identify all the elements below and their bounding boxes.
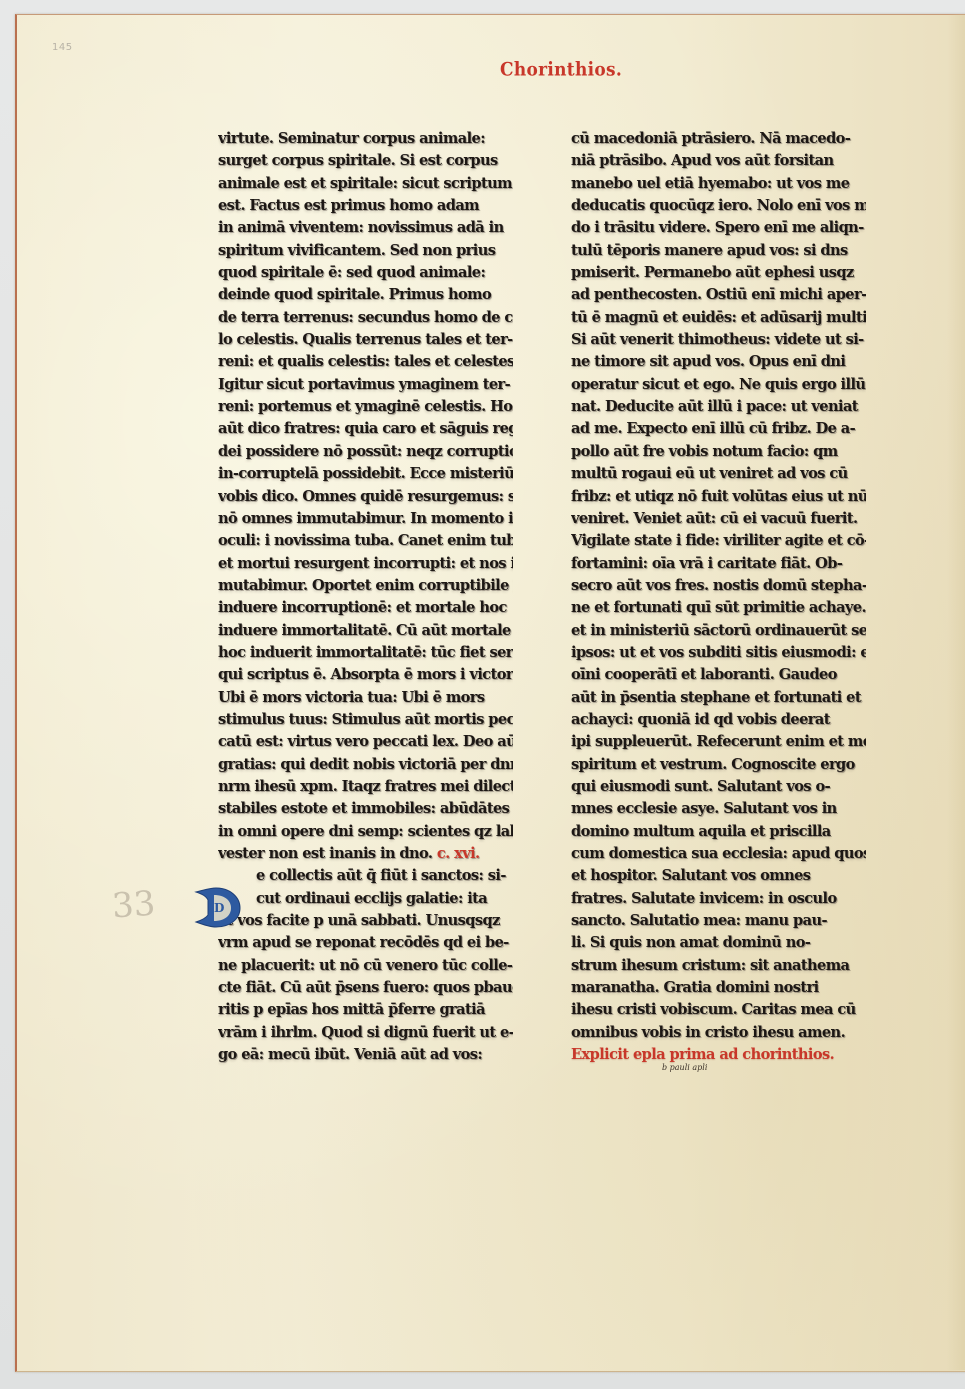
text-line: ne placuerit: ut nō cū venero tūc colle- [218,955,513,977]
text-line: deducatis quocūqz iero. Nolo enī vos mo- [571,195,866,217]
text-line-with-chapter-mark: vester non est inanis in dno. c. xvi. [218,843,513,865]
text-line: oculi: i novissima tuba. Canet enim tuba… [218,530,513,552]
text-line: mnes ecclesie asye. Salutant vos in [571,798,866,820]
text-line: reni: et qualis celestis: tales et celes… [218,351,513,373]
text-line: nat. Deducite aūt illū i pace: ut veniat [571,396,866,418]
text-line: tū ē magnū et euidēs: et adūsarij multi. [571,307,866,329]
text-line: fribz: et utiqz nō fuit volūtas eius ut … [571,486,866,508]
text-line: ritis p epīas hos mittā p̄ferre gratiā [218,999,513,1021]
text-line: secro aūt vos fres. nostis domū stepha- [571,575,866,597]
text-line: do i trāsitu videre. Spero enī me aliqn- [571,217,866,239]
text-line: qui scriptus ē. Absorpta ē mors i victor… [218,664,513,686]
text-line: hoc induerit immortalitatē: tūc fiet ser… [218,642,513,664]
text-line: spiritum vivificantem. Sed non prius [218,240,513,262]
svg-text:D: D [214,901,224,915]
text-line: induere incorruptionē: et mortale hoc [218,597,513,619]
text-line: oīni cooperātī et laboranti. Gaudeo [571,664,866,686]
text-line: go eā: mecū ibūt. Veniā aūt ad vos: [218,1044,513,1066]
text-line: in omni opere dni semp: scientes qz labo… [218,821,513,843]
text-line: stabiles estote et immobiles: abūdātes [218,798,513,820]
text-line: aūt dico fratres: quia caro et sāguis re… [218,418,513,440]
text-line: multū rogaui eū ut veniret ad vos cū [571,463,866,485]
text-line: qui eiusmodi sunt. Salutant vos o- [571,776,866,798]
interlinear-gloss: b pauli apli [662,1063,707,1072]
text-line: sancto. Salutatio mea: manu pau- [571,910,866,932]
text-line: Si aūt venerit thimotheus: videte ut si- [571,329,866,351]
text-line: manebo uel etiā hyemabo: ut vos me [571,173,866,195]
text-line: spiritum et vestrum. Cognoscite ergo [571,754,866,776]
text-line: operatur sicut et ego. Ne quis ergo illū… [571,374,866,396]
text-line: Vigilate state i fide: viriliter agite e… [571,530,866,552]
text-line: fortamini: oīa vrā i caritate fiāt. Ob- [571,553,866,575]
text-line: ne et fortunati quī sūt primitie achaye. [571,597,866,619]
text-line: vobis dico. Omnes quidē resurgemus: sed [218,486,513,508]
text-line: mutabimur. Oportet enim corruptibile hoc [218,575,513,597]
text-line: et mortui resurgent incorrupti: et nos i… [218,553,513,575]
text-line: cte fiāt. Cū aūt p̄sens fuero: quos pbau… [218,977,513,999]
text-line: Igitur sicut portavimus ymaginem ter- [218,374,513,396]
left-text-column: virtute. Seminatur corpus animale: surge… [218,128,513,1066]
text-line: de terra terrenus: secundus homo de ce- [218,307,513,329]
text-line: quod spiritale ē: sed quod animale: [218,262,513,284]
text-line: vrm apud se reponat recōdēs qd ei be- [218,932,513,954]
text-line: catū est: virtus vero peccati lex. Deo a… [218,731,513,753]
text-line: omnibus vobis in cristo ihesu amen. [571,1022,866,1044]
text-line: ne timore sit apud vos. Opus enī dni [571,351,866,373]
text-line: lo celestis. Qualis terrenus tales et te… [218,329,513,351]
text-line: dei possidere nō possūt: neqz corruptio [218,441,513,463]
text-line: stimulus tuus: Stimulus aūt mortis pec- [218,709,513,731]
text-line: deinde quod spiritale. Primus homo [218,284,513,306]
text-line: in-corruptelā possidebit. Ecce misteriū [218,463,513,485]
text-line: surget corpus spiritale. Si est corpus [218,150,513,172]
explicit-rubric: Explicit epla prima ad chorinthios. [571,1044,866,1066]
text-line: nō omnes immutabimur. In momento i ictu [218,508,513,530]
blue-initial-d-icon: D [194,884,242,930]
running-head: Chorinthios. [500,59,622,81]
text-line: vrām i ihrlm. Quod si dignū fuerit ut e- [218,1022,513,1044]
text-line: gratias: qui dedit nobis victoriā per dn… [218,754,513,776]
text-line: aūt in p̄sentia stephane et fortunati et [571,687,866,709]
text-line: fratres. Salutate invicem: in osculo [571,888,866,910]
text-line: ipsos: ut et vos subditi sitis eiusmodi:… [571,642,866,664]
pencil-folio-number: 145 [52,42,73,53]
text-line: animale est et spiritale: sicut scriptum [218,173,513,195]
text-line: in animā viventem: novissimus adā in [218,217,513,239]
right-text-column: cū macedoniā ptrāsiero. Nā macedo- niā p… [571,128,866,1066]
text-line: cum domestica sua ecclesia: apud quos [571,843,866,865]
pencil-margin-note: 33 [111,884,157,927]
text-line: achayci: quoniā id qd vobis deerat [571,709,866,731]
text-line: tulū tēporis manere apud vos: si dns [571,240,866,262]
text-line: ad penthecosten. Ostiū enī michi aper- [571,284,866,306]
text-line: et hospitor. Salutant vos omnes [571,865,866,887]
leaf-edge-shade [947,14,965,1370]
text-segment: vester non est inanis in dno. [218,845,432,862]
text-line: ipi suppleuerūt. Refecerunt enim et meū [571,731,866,753]
text-line: cut ordinaui ecclijs galatie: ita [218,888,513,910]
chapter-marker: c. xvi. [437,845,480,862]
text-line: et vos facite p unā sabbati. Unusqsqz [218,910,513,932]
text-line: veniret. Veniet aūt: cū ei vacuū fuerit. [571,508,866,530]
text-line: virtute. Seminatur corpus animale: [218,128,513,150]
text-line: pmiserit. Permanebo aūt ephesi usqz [571,262,866,284]
text-line: reni: portemus et ymaginē celestis. Hoc [218,396,513,418]
text-line: ihesu cristi vobiscum. Caritas mea cū [571,999,866,1021]
text-line: ad me. Expecto enī illū cū fribz. De a- [571,418,866,440]
text-line: nrm ihesū xpm. Itaqz fratres mei dilecti [218,776,513,798]
text-line: niā ptrāsibo. Apud vos aūt forsitan [571,150,866,172]
text-line: et in ministeriū sāctorū ordinauerūt se- [571,620,866,642]
text-line: e collectis aūt q̄ fiūt i sanctos: si- [218,865,513,887]
decorated-initial: D [194,884,242,930]
text-line: pollo aūt fre vobis notum facio: qm [571,441,866,463]
text-line: est. Factus est primus homo adam [218,195,513,217]
text-line: Ubi ē mors victoria tua: Ubi ē mors [218,687,513,709]
text-line: maranatha. Gratia domini nostri [571,977,866,999]
text-line: li. Si quis non amat dominū no- [571,932,866,954]
text-line: domino multum aquila et priscilla [571,821,866,843]
text-line: cū macedoniā ptrāsiero. Nā macedo- [571,128,866,150]
text-line: strum ihesum cristum: sit anathema [571,955,866,977]
text-line: induere immortalitatē. Cū aūt mortale [218,620,513,642]
